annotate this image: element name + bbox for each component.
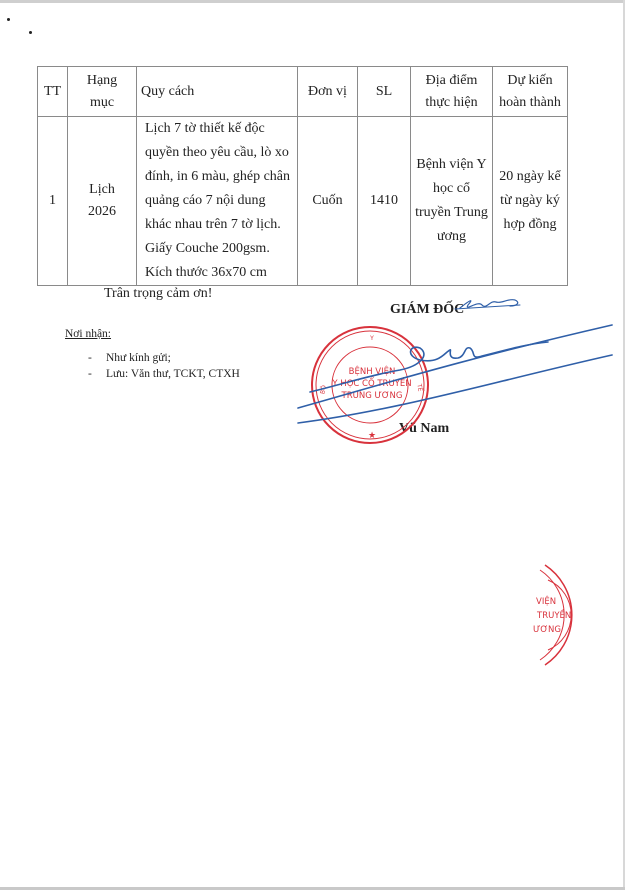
svg-text:TRUYỀN: TRUYỀN xyxy=(536,608,571,621)
partial-stamp-text: VIỆN TRUYỀN ƯƠNG xyxy=(533,595,571,635)
stamp-text: BỆNH VIỆN Y HỌC CỔ TRUYỀN TRUNG ƯƠNG Y B… xyxy=(319,335,424,441)
svg-text:Y: Y xyxy=(369,335,374,342)
svg-text:ƯƠNG: ƯƠNG xyxy=(533,625,561,635)
svg-text:★: ★ xyxy=(368,431,376,441)
svg-text:TẾ: TẾ xyxy=(415,382,424,392)
svg-text:VIỆN: VIỆN xyxy=(536,595,556,607)
signature-ink xyxy=(298,300,612,423)
stamp-and-signature-layer: BỆNH VIỆN Y HỌC CỔ TRUYỀN TRUNG ƯƠNG Y B… xyxy=(0,0,625,890)
